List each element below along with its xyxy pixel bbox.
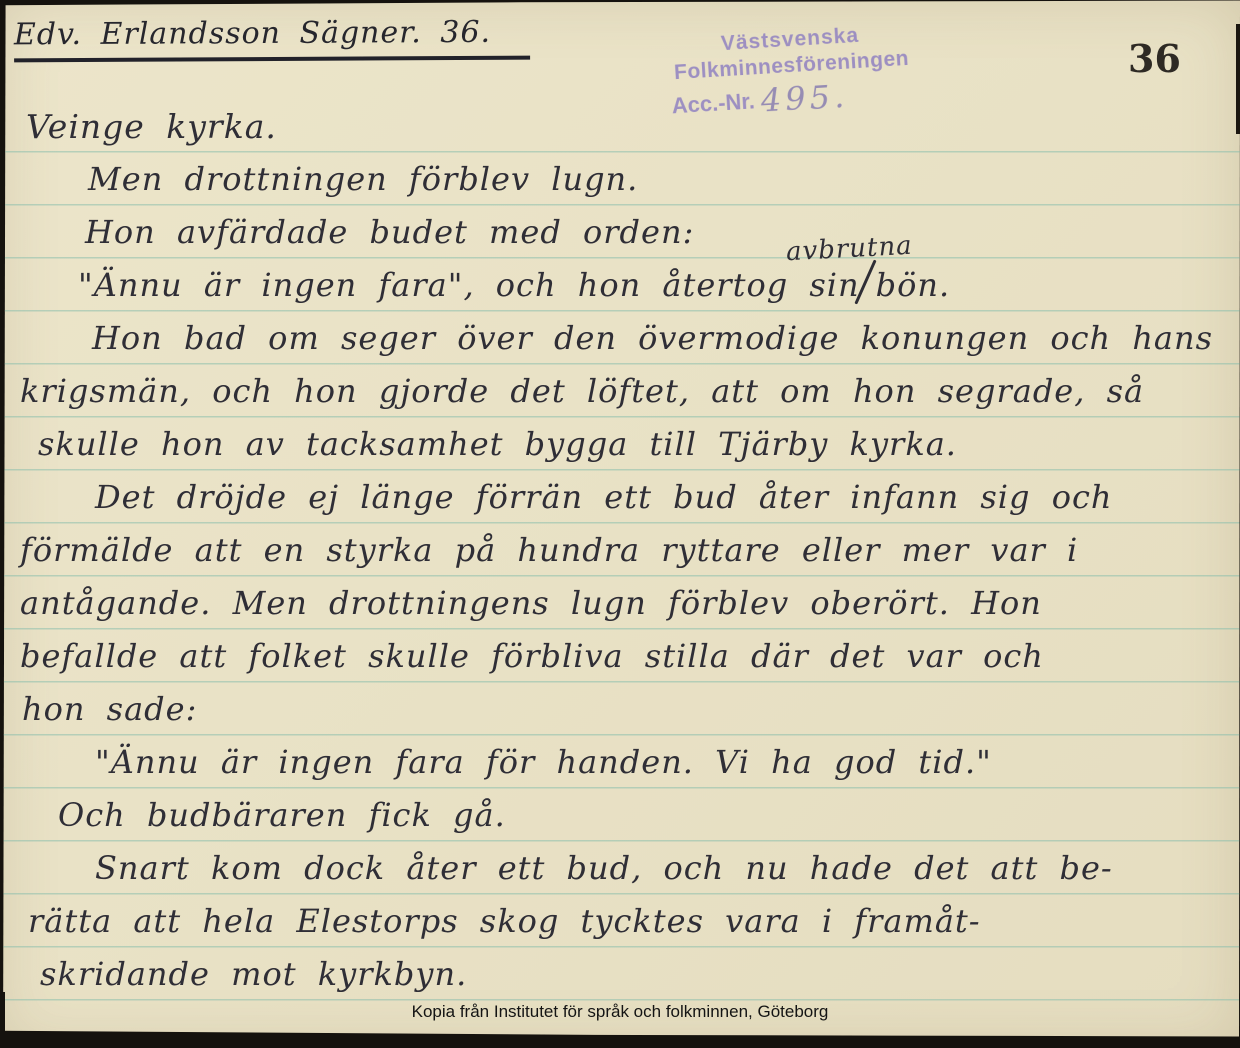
scan-edge-left-bottom: [0, 992, 5, 1048]
scanned-manuscript-page: Edv. Erlandsson Sägner. 36. Västsvenska …: [0, 0, 1240, 1048]
manuscript-line: Snart kom dock åter ett bud, och nu hade…: [95, 849, 1113, 887]
manuscript-line: Hon bad om seger över den övermodige kon…: [92, 319, 1213, 357]
scan-edge-right-top: [1236, 24, 1240, 134]
page-number: 36: [1128, 36, 1181, 81]
manuscript-line: "Ännu är ingen fara för handen. Vi ha go…: [95, 743, 992, 781]
scan-edge-left-top: [0, 0, 5, 46]
manuscript-line: krigsmän, och hon gjorde det löftet, att…: [20, 372, 1144, 410]
manuscript-line: Hon avfärdade budet med orden:: [85, 213, 694, 251]
collection-header: Edv. Erlandsson Sägner. 36.: [14, 15, 530, 63]
quote-line-before: "Ännu är ingen fara", och hon återtog si…: [78, 266, 860, 304]
stamp-acc-label: Acc.-Nr.: [671, 88, 756, 118]
stamp-acc-number: 495.: [760, 77, 849, 120]
manuscript-line-with-insertion: "Ännu är ingen fara", och hon återtog si…: [78, 266, 950, 304]
manuscript-line: befallde att folket skulle förbliva stil…: [20, 637, 1044, 675]
archive-caption: Kopia från Institutet för språk och folk…: [412, 1002, 829, 1022]
manuscript-line: Det dröjde ej länge förrän ett bud åter …: [95, 478, 1112, 516]
insertion-anchor: avbrutna: [860, 286, 876, 296]
quote-line-after: bön.: [876, 266, 951, 304]
story-title: Veinge kyrka.: [26, 107, 277, 146]
manuscript-line: hon sade:: [22, 690, 197, 728]
manuscript-line: skridande mot kyrkbyn.: [40, 955, 467, 993]
manuscript-line: antågande. Men drottningens lugn förblev…: [20, 584, 1042, 622]
manuscript-line: Och budbäraren fick gå.: [58, 796, 506, 834]
manuscript-line: skulle hon av tacksamhet bygga till Tjär…: [38, 425, 957, 463]
archive-stamp: Västsvenska Folkminnesföreningen Acc.-Nr…: [640, 19, 945, 127]
manuscript-line: Men drottningen förblev lugn.: [88, 160, 638, 198]
manuscript-line: förmälde att en styrka på hundra ryttare…: [20, 531, 1078, 569]
paper-sheet: Edv. Erlandsson Sägner. 36. Västsvenska …: [0, 0, 1240, 1048]
manuscript-line: rätta att hela Elestorps skog tycktes va…: [28, 902, 981, 940]
